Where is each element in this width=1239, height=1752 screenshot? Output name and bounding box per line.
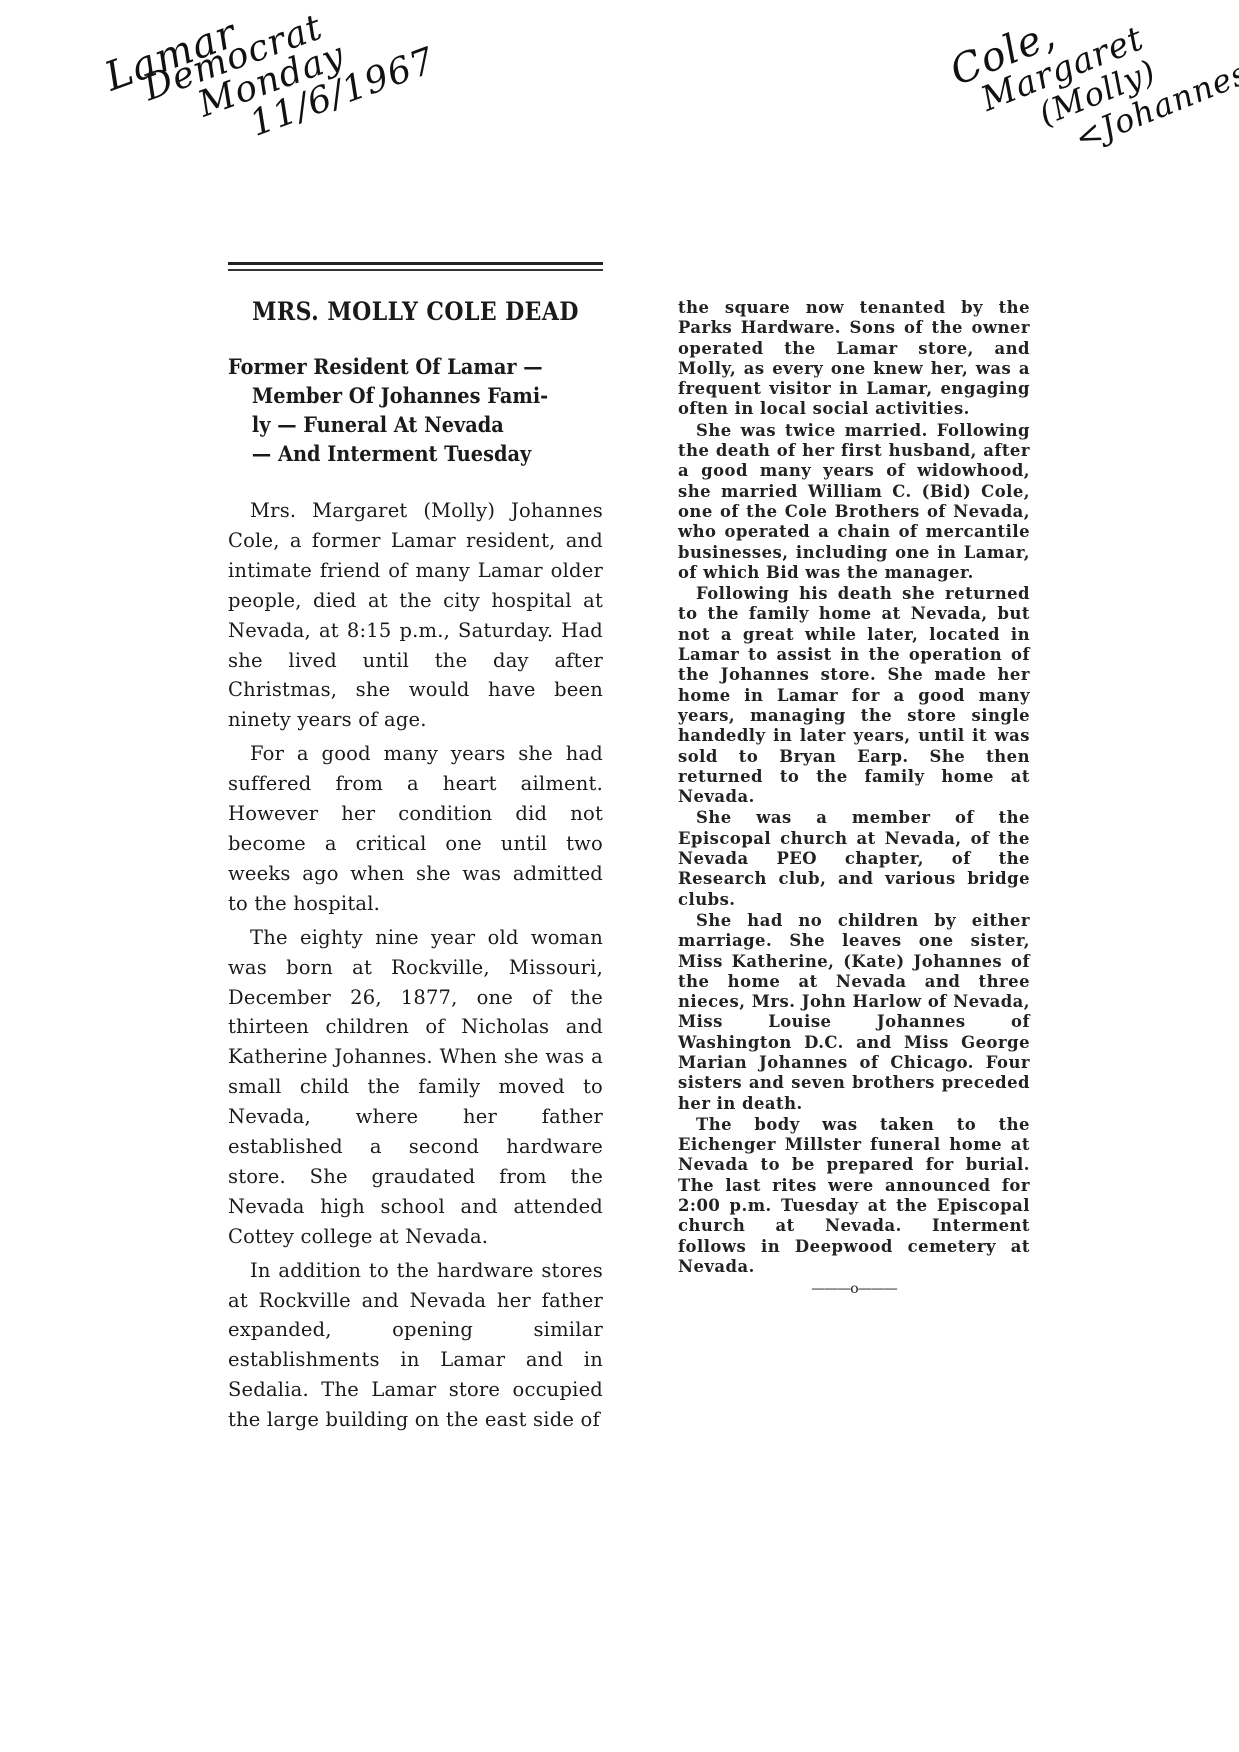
paragraph: In addition to the hardware stores at Ro… <box>228 1256 603 1435</box>
end-of-article-mark: ———o——— <box>678 1281 1030 1297</box>
handwritten-source-note: Lamar Democrat Monday 11/6/1967 <box>100 0 440 184</box>
paragraph: the square now tenanted by the Parks Har… <box>678 298 1030 420</box>
subhead-line: Former Resident Of Lamar — <box>228 352 601 381</box>
paragraph: For a good many years she had suffered f… <box>228 739 603 918</box>
headline: MRS. MOLLY COLE DEAD <box>251 297 581 326</box>
subhead-line: Member Of Johannes Fami- <box>228 381 601 410</box>
paragraph: The body was taken to the Eichenger Mill… <box>678 1115 1030 1277</box>
paragraph: She had no children by either marriage. … <box>678 911 1030 1114</box>
subheadline: Former Resident Of Lamar — Member Of Joh… <box>228 352 601 468</box>
column-rule <box>228 269 603 271</box>
article-body-left: Mrs. Margaret (Molly) Johannes Cole, a f… <box>228 496 603 1435</box>
paragraph: The eighty nine year old woman was born … <box>228 923 603 1252</box>
subhead-line: ly — Funeral At Nevada <box>228 410 601 439</box>
subhead-line: — And Interment Tuesday <box>228 439 601 468</box>
column-rule <box>228 262 603 265</box>
paragraph: She was a member of the Episcopal church… <box>678 808 1030 909</box>
paragraph: Following his death she returned to the … <box>678 584 1030 807</box>
column-right: the square now tenanted by the Parks Har… <box>678 298 1030 1297</box>
newspaper-clipping: MRS. MOLLY COLE DEAD Former Resident Of … <box>228 262 1048 1552</box>
article-body-right: the square now tenanted by the Parks Har… <box>678 298 1030 1277</box>
handwritten-name-note: Cole, Margaret (Molly) <Johannes> <box>945 0 1239 189</box>
paragraph: She was twice married. Following the dea… <box>678 421 1030 583</box>
column-left: MRS. MOLLY COLE DEAD Former Resident Of … <box>228 262 603 1439</box>
paragraph: Mrs. Margaret (Molly) Johannes Cole, a f… <box>228 496 603 735</box>
